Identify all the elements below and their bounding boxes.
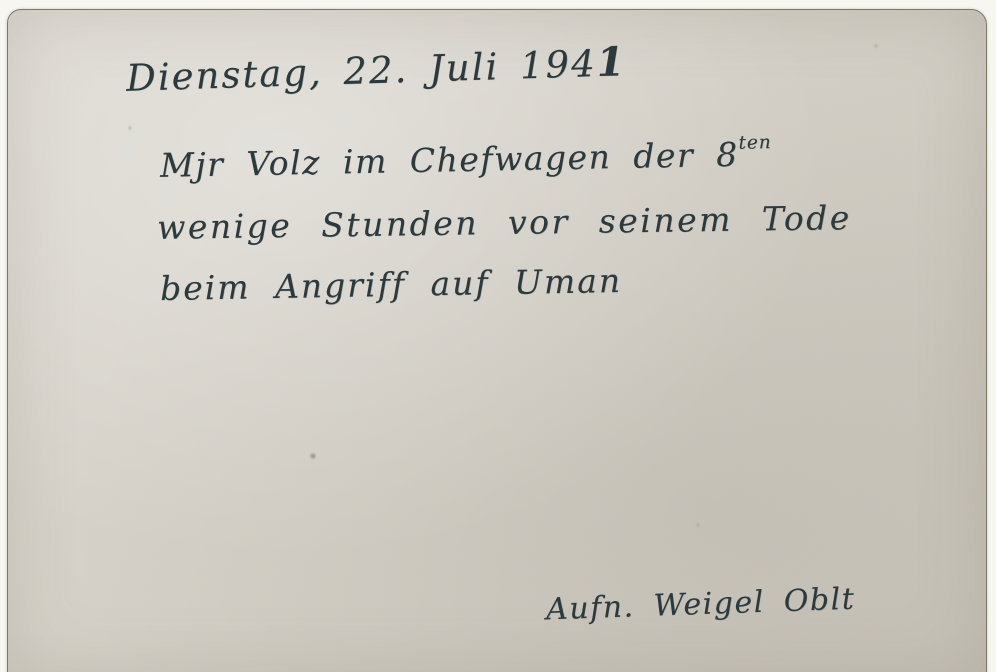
ordinal-superscript: ten bbox=[738, 132, 772, 154]
date-text: Dienstag, 22. Juli 194 bbox=[125, 42, 597, 100]
caption-line-2: wenige Stunden vor seinem Tode bbox=[157, 198, 852, 247]
caption-line-1: Mjr Volz im Chefwagen der 8ten bbox=[160, 132, 773, 185]
photo-back-card: Dienstag, 22. Juli 1941 Mjr Volz im Chef… bbox=[7, 9, 987, 672]
date-final-digit: 1 bbox=[596, 38, 627, 86]
scan-background: { "colors": { "background": "#f8f6f1", "… bbox=[0, 0, 996, 672]
caption-line-1-text: Mjr Volz im Chefwagen der 8 bbox=[160, 135, 739, 185]
photographer-signature: Aufn. Weigel Oblt bbox=[545, 582, 855, 628]
caption-line-3: beim Angriff auf Uman bbox=[160, 261, 623, 308]
date-line: Dienstag, 22. Juli 1941 bbox=[125, 38, 627, 101]
